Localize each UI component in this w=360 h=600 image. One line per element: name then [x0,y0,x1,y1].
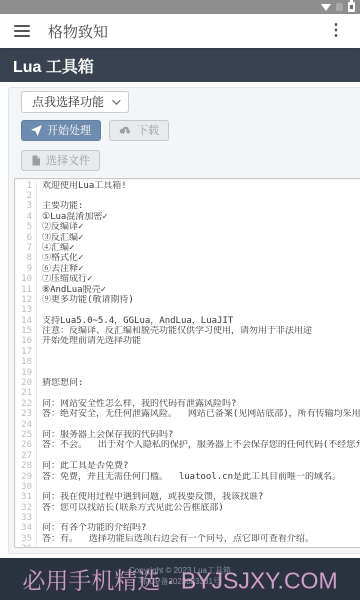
editor-line: 7④汇编✓ [15,243,360,253]
overflow-menu-icon[interactable]: ⋮ [324,21,348,41]
line-text: 主要功能: [37,201,83,211]
editor-line: 18 [15,357,360,367]
line-number: 16 [15,336,37,346]
line-number: 2 [15,191,37,201]
editor-line: 36 [15,544,360,548]
line-number: 11 [15,285,37,295]
editor-line: 34问：有各个功能的介绍吗? [15,523,360,533]
line-number: 27 [15,451,37,461]
line-text [37,544,42,548]
editor-line: 15注意：反编译、反汇编和脱壳功能仅供学习使用，请勿用于非法用途 [15,326,360,336]
line-text [37,305,42,315]
action-button-row: 开始处理 下载 [21,120,360,141]
app-title: 格物致知 [48,21,108,42]
editor-line: 5②反编译✓ [15,222,360,232]
main-content: 点我选择功能 开始处理 下载 [0,82,360,558]
line-text: 答：绝对安全，无任何泄露风险。 网站已备案(见网站底部)，所有传输均采用http… [37,409,360,419]
line-number: 31 [15,492,37,502]
line-number: 35 [15,534,37,544]
line-text: 问：此工具是否免费? [37,461,128,471]
start-process-button[interactable]: 开始处理 [21,120,101,141]
line-number: 17 [15,347,37,357]
line-number: 1 [15,181,37,191]
editor-line: 24 [15,420,360,430]
editor-line: 1欢迎使用Lua工具箱! [15,181,360,191]
line-text: 注意：反编译、反汇编和脱壳功能仅供学习使用，请勿用于非法用途 [37,326,312,336]
line-text: 问：有各个功能的介绍吗? [37,523,146,533]
line-text: ④汇编✓ [37,243,74,253]
line-text: ⑧AndLua脱壳✓ [37,285,106,295]
editor-line: 10⑦压缩成行✓ [15,274,360,284]
editor-line: 35答：有。 选择功能后选项右边会有一个问号，点它即可查看介绍。 [15,534,360,544]
line-number: 7 [15,243,37,253]
line-text: 欢迎使用Lua工具箱! [37,181,127,191]
hamburger-menu-icon[interactable] [12,21,32,41]
line-number: 32 [15,503,37,513]
editor-line: 19 [15,368,360,378]
editor-line: 25问：服务器上会保存我的代码吗? [15,430,360,440]
line-text [37,451,42,461]
line-number: 10 [15,274,37,284]
line-text [37,420,42,430]
editor-line: 14支持Lua5.0~5.4，GGLua，AndLua，LuaJIT [15,316,360,326]
editor-line: 9⑥去注释✓ [15,264,360,274]
editor-line: 22问：网站安全性怎么样，我的代码有泄露风险吗? [15,399,360,409]
line-number: 26 [15,440,37,450]
editor-line: 21 [15,388,360,398]
line-text [37,368,42,378]
line-text [37,191,42,201]
download-label: 下载 [137,122,159,138]
line-text: 开始处理前请先选择功能 [37,336,141,346]
editor-line: 4①Lua混淆加密✓ [15,212,360,222]
line-text [37,513,42,523]
cloud-download-icon [119,125,132,136]
line-text: ⑤格式化✓ [37,253,83,263]
battery-icon [348,2,355,12]
page-footer: Copyright © 2023 Lua工具箱 鄂ICP备2023023331号… [0,558,360,600]
editor-rows: 1欢迎使用Lua工具箱!23主要功能:4①Lua混淆加密✓5②反编译✓6③反汇编… [15,181,360,548]
editor-line: 13 [15,305,360,315]
editor-line: 26答：不会。 出于对个人隐私的保护，服务器上不会保存您的任何代码(不经您允许保… [15,440,360,450]
line-number: 12 [15,295,37,305]
function-select-dropdown[interactable]: 点我选择功能 [21,91,129,113]
line-text: ②反编译✓ [37,222,83,232]
line-text: ⑥去注释✓ [37,264,83,274]
editor-line: 30 [15,482,360,492]
editor-textarea[interactable]: 1欢迎使用Lua工具箱!23主要功能:4①Lua混淆加密✓5②反编译✓6③反汇编… [14,178,360,548]
editor-line: 6③反汇编✓ [15,233,360,243]
start-process-label: 开始处理 [47,122,91,138]
line-text: 支持Lua5.0~5.4，GGLua，AndLua，LuaJIT [37,316,233,326]
line-number: 5 [15,222,37,232]
app-screen: 格物致知 ⋮ Lua 工具箱 点我选择功能 开始处理 [0,0,360,600]
line-text [37,388,42,398]
line-number: 9 [15,264,37,274]
editor-line: 12⑨更多功能(敬请期待) [15,295,360,305]
line-number: 14 [15,316,37,326]
chevron-down-icon [112,96,120,104]
line-number: 22 [15,399,37,409]
line-text: 猜您想问: [37,378,83,388]
icp-text: 鄂ICP备2023023331号 [0,576,360,587]
line-number: 6 [15,233,37,243]
copyright-text: Copyright © 2023 Lua工具箱 [0,565,360,576]
line-text: ③反汇编✓ [37,233,83,243]
line-number: 4 [15,212,37,222]
editor-line: 17 [15,347,360,357]
line-number: 28 [15,461,37,471]
line-number: 34 [15,523,37,533]
editor-line: 3主要功能: [15,201,360,211]
choose-file-row: 选择文件 [21,150,360,171]
editor-line: 16开始处理前请先选择功能 [15,336,360,346]
app-toolbar: 格物致知 ⋮ [0,14,360,48]
page-title: Lua 工具箱 [0,48,360,82]
line-number: 36 [15,544,37,548]
choose-file-button[interactable]: 选择文件 [21,150,100,171]
line-number: 24 [15,420,37,430]
line-text: 问：网站安全性怎么样，我的代码有泄露风险吗? [37,399,236,409]
line-number: 18 [15,357,37,367]
line-number: 21 [15,388,37,398]
editor-line: 29答：免费，并且无需任何门槛。 luatool.cn是此工具目前唯一的域名。 [15,472,360,482]
line-number: 29 [15,472,37,482]
tool-panel: 点我选择功能 开始处理 下载 [8,87,360,554]
wifi-icon [321,4,331,11]
line-text: ⑨更多功能(敬请期待) [37,295,134,305]
status-bar [0,0,360,14]
paper-plane-icon [31,125,42,136]
line-text: 答：有。 选择功能后选项右边会有一个问号，点它即可查看介绍。 [37,534,314,544]
line-number: 20 [15,378,37,388]
line-number: 19 [15,368,37,378]
download-button[interactable]: 下载 [109,120,169,141]
editor-line: 11⑧AndLua脱壳✓ [15,285,360,295]
line-text: 问：服务器上会保存我的代码吗? [37,430,173,440]
choose-file-label: 选择文件 [46,152,90,168]
line-text: 问：我在使用过程中遇到问题，或我要反馈，我该找谁? [37,492,263,502]
line-number: 30 [15,482,37,492]
line-number: 13 [15,305,37,315]
file-icon [31,155,41,166]
line-number: 8 [15,253,37,263]
editor-line: 32答：您可以找站长(联系方式见此公告框底部) [15,503,360,513]
editor-line: 2 [15,191,360,201]
editor-line: 20猜您想问: [15,378,360,388]
editor-line: 31问：我在使用过程中遇到问题，或我要反馈，我该找谁? [15,492,360,502]
line-text [37,347,42,357]
line-text [37,357,42,367]
editor-line: 8⑤格式化✓ [15,253,360,263]
line-number: 23 [15,409,37,419]
editor-line: 33 [15,513,360,523]
editor-line: 23答：绝对安全，无任何泄露风险。 网站已备案(见网站底部)，所有传输均采用ht… [15,409,360,419]
line-text: ①Lua混淆加密✓ [37,212,108,222]
sim-icon [336,3,343,11]
line-text: 答：您可以找站长(联系方式见此公告框底部) [37,503,224,513]
line-number: 3 [15,201,37,211]
function-select-label: 点我选择功能 [32,93,104,110]
line-text: 答：免费，并且无需任何门槛。 luatool.cn是此工具目前唯一的域名。 [37,472,341,482]
editor-line: 28问：此工具是否免费? [15,461,360,471]
editor-line: 27 [15,451,360,461]
line-number: 33 [15,513,37,523]
line-text: 答：不会。 出于对个人隐私的保护，服务器上不会保存您的任何代码(不经您允许保存) [37,440,360,450]
line-number: 25 [15,430,37,440]
line-text: ⑦压缩成行✓ [37,274,92,284]
line-text [37,482,42,492]
line-number: 15 [15,326,37,336]
